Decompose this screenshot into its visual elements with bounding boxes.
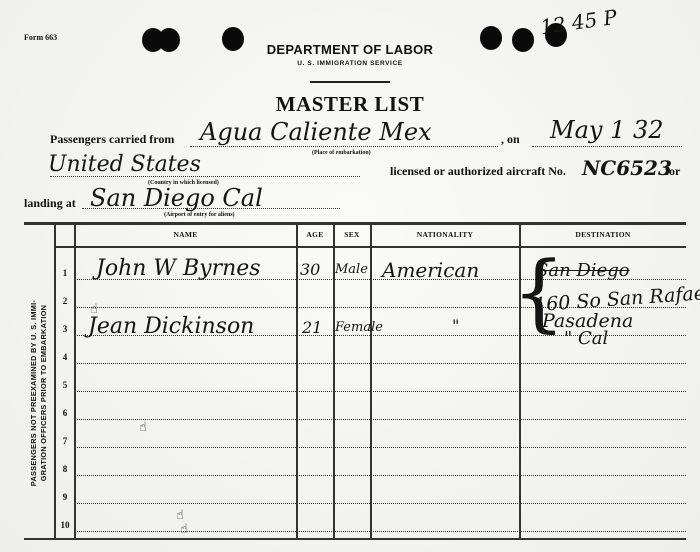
- row1-sex: Male: [335, 262, 368, 277]
- column-divider: [54, 222, 56, 540]
- side-label: PASSENGERS NOT PREEXAMINED BY U. S. IMMI…: [24, 246, 54, 540]
- column-header-destination: DESTINATION: [520, 230, 686, 239]
- row-number: 7: [57, 436, 73, 446]
- date-field-line: [532, 146, 682, 147]
- row-number: 9: [57, 492, 73, 502]
- column-header-name: NAME: [75, 230, 296, 239]
- column-divider: [74, 222, 76, 540]
- table-row: [75, 419, 686, 420]
- landing-field-value: San Diego Cal: [90, 184, 263, 212]
- table-row: [75, 447, 686, 448]
- table-row: [75, 475, 686, 476]
- column-header-age: AGE: [297, 230, 333, 239]
- column-header-nationality: NATIONALITY: [371, 230, 519, 239]
- heading-divider: [310, 81, 390, 83]
- row-number: 6: [57, 408, 73, 418]
- embarkation-caption: (Place of embarkation): [312, 150, 371, 156]
- hand-cursor-icon: ☝: [90, 302, 98, 317]
- aircraft-label: licensed or authorized aircraft No.: [390, 164, 566, 179]
- row3-sex: Female: [335, 320, 383, 335]
- service-subheading: U. S. IMMIGRATION SERVICE: [0, 60, 700, 67]
- side-label-line2: GRATION OFFICERS PRIOR TO EMBARKATION: [39, 248, 49, 538]
- row-number: 5: [57, 380, 73, 390]
- form-number: Form 663: [24, 33, 57, 42]
- destination-struck: San Diego: [536, 260, 630, 281]
- department-heading: DEPARTMENT OF LABOR: [0, 42, 700, 57]
- row1-name: John W Byrnes: [96, 256, 261, 281]
- on-label: , on: [501, 132, 520, 147]
- hand-cursor-icon: ☝: [180, 522, 188, 537]
- row1-nationality: American: [382, 258, 479, 282]
- landing-at-label: landing at: [24, 196, 76, 211]
- date-field-value: May 1 32: [550, 116, 664, 144]
- passenger-table: NAME AGE SEX NATIONALITY DESTINATION PAS…: [24, 222, 686, 540]
- side-label-line1: PASSENGERS NOT PREEXAMINED BY U. S. IMMI…: [29, 248, 39, 538]
- destination-line3: " Cal: [564, 328, 608, 349]
- page-title: MASTER LIST: [0, 92, 700, 117]
- file-stamp-handwritten: 12 45 P: [539, 5, 619, 39]
- row-number: 3: [57, 324, 73, 334]
- row3-nationality: ": [452, 316, 459, 335]
- table-bottom-border: [24, 538, 686, 540]
- table-row: [75, 531, 686, 532]
- hand-cursor-icon: ☝: [139, 420, 147, 435]
- row-number: 10: [57, 520, 73, 530]
- row-number: 2: [57, 296, 73, 306]
- row-number: 8: [57, 464, 73, 474]
- row3-name: Jean Dickinson: [88, 314, 254, 339]
- for-label: for: [665, 164, 680, 179]
- column-header-sex: SEX: [334, 230, 370, 239]
- table-row: [75, 363, 686, 364]
- table-row: [75, 503, 686, 504]
- column-divider: [296, 222, 298, 540]
- hand-cursor-icon: ☝: [176, 508, 184, 523]
- row-number: 1: [57, 268, 73, 278]
- embarkation-field-line: [190, 146, 498, 147]
- column-divider: [370, 222, 372, 540]
- table-row: [75, 391, 686, 392]
- carried-from-label: Passengers carried from: [50, 132, 174, 147]
- document-page: Form 663 12 45 P DEPARTMENT OF LABOR U. …: [0, 0, 700, 552]
- row-number: 4: [57, 352, 73, 362]
- row3-age: 21: [302, 318, 322, 337]
- aircraft-field-value: NC6523: [582, 156, 672, 180]
- embarkation-field-value: Agua Caliente Mex: [200, 118, 432, 146]
- landing-caption: (Airport of entry for aliens): [164, 212, 235, 218]
- table-top-border: [24, 222, 686, 225]
- row1-age: 30: [300, 260, 320, 279]
- country-field-value: United States: [48, 152, 201, 177]
